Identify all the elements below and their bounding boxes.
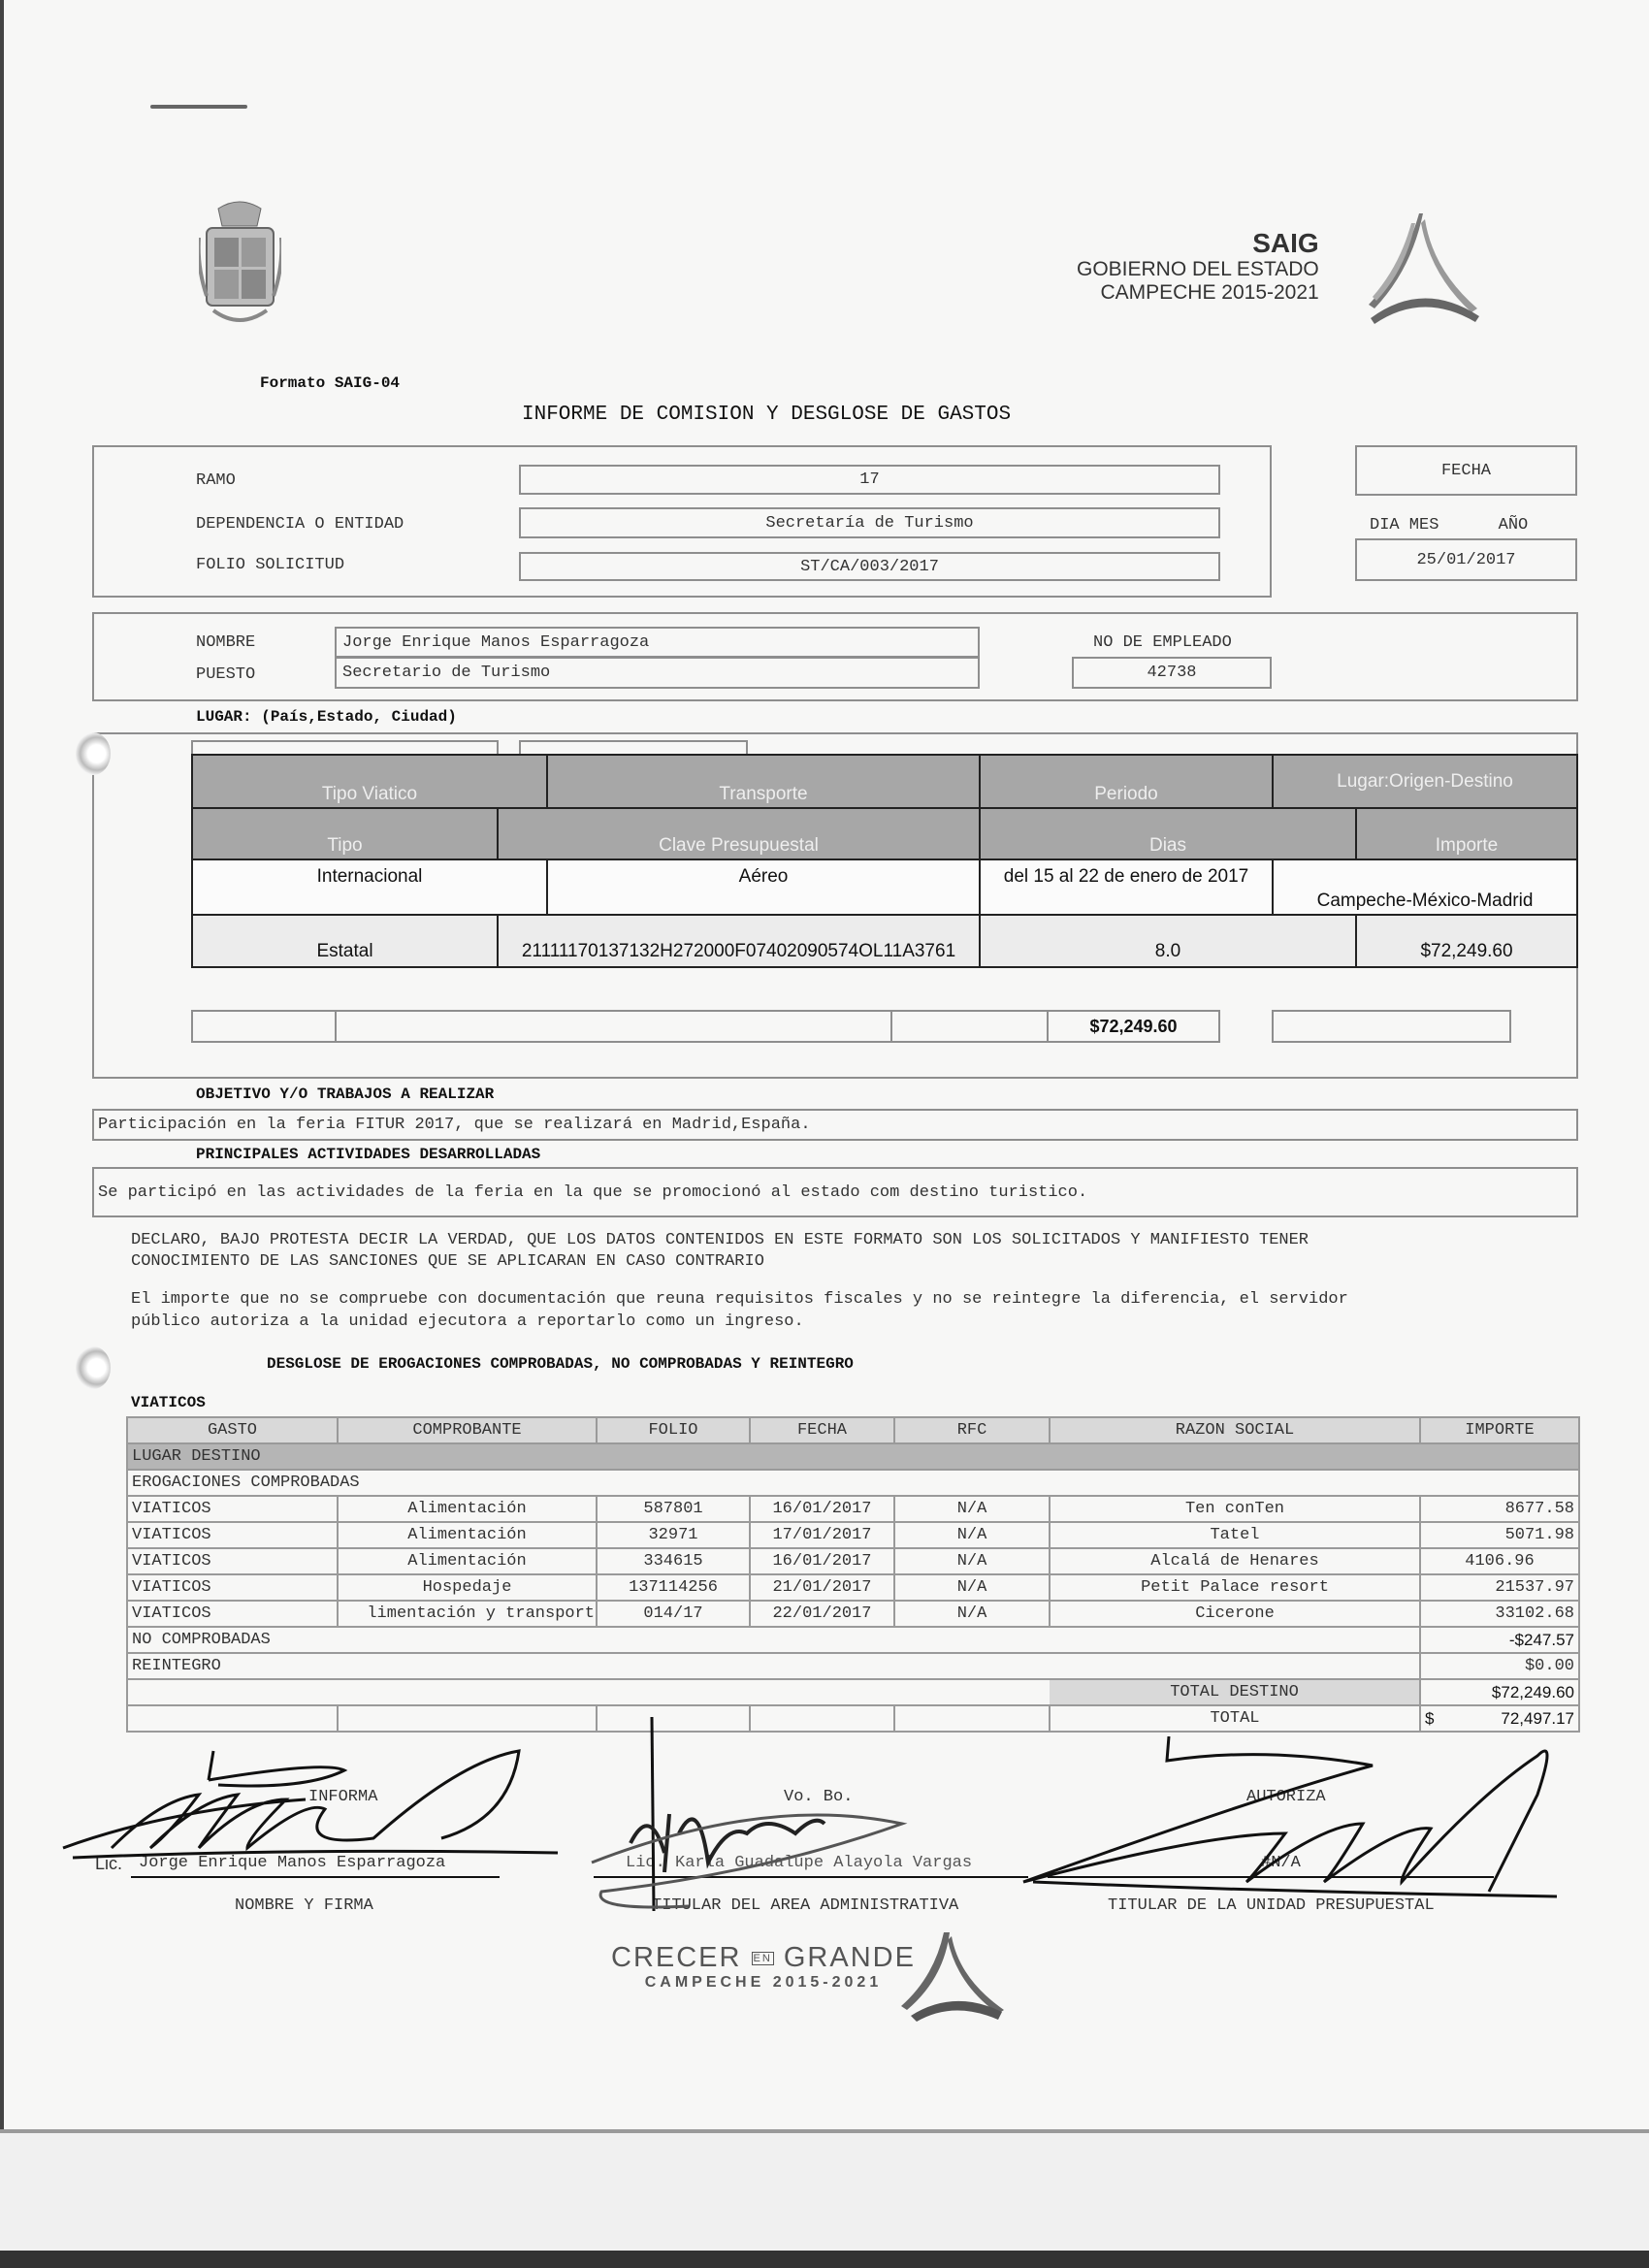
table-header-row: GASTO COMPROBANTE FOLIO FECHA RFC RAZON … [127, 1417, 1579, 1443]
header-dias: Dias [979, 807, 1357, 860]
folio-cell: 014/17 [597, 1601, 750, 1627]
razon-social-cell: Alcalá de Henares [1050, 1548, 1420, 1574]
coat-of-arms-icon [199, 199, 281, 330]
comprobante-cell: limentación y transport [338, 1601, 597, 1627]
header-clave: Clave Presupuestal [497, 807, 981, 860]
comprobante-cell: Alimentación [338, 1522, 597, 1548]
fecha-cell: 16/01/2017 [750, 1496, 894, 1522]
scan-left-edge [0, 0, 4, 2129]
lugar-destino-row: LUGAR DESTINO [127, 1443, 1579, 1470]
actividades-label: PRINCIPALES ACTIVIDADES DESARROLLADAS [196, 1146, 540, 1163]
reintegro-label: REINTEGRO [127, 1653, 1420, 1679]
footer-logo-icon [897, 1930, 1009, 2023]
scanner-bed-area [0, 2129, 1649, 2268]
declaration-line-3: El importe que no se compruebe con docum… [131, 1288, 1348, 1312]
total-destino-value: $72,249.60 [1420, 1679, 1579, 1705]
folio-cell: 32971 [597, 1522, 750, 1548]
razon-social-cell: Ten conTen [1050, 1496, 1420, 1522]
razon-social-cell: Tatel [1050, 1522, 1420, 1548]
tipo-viatico-value: Internacional [191, 859, 548, 916]
total-label: TOTAL [1050, 1705, 1420, 1732]
col-gasto: GASTO [127, 1417, 338, 1443]
col-comprobante: COMPROBANTE [338, 1417, 597, 1443]
objetivo-label: OBJETIVO Y/O TRABAJOS A REALIZAR [196, 1085, 494, 1103]
fecha-cell: 16/01/2017 [750, 1548, 894, 1574]
transporte-value: Aéreo [546, 859, 981, 916]
total-blank-2 [335, 1010, 892, 1043]
clave-presupuestal-value: 21111170137132H272000F07402090574OL11A37… [497, 914, 981, 968]
col-razon-social: RAZON SOCIAL [1050, 1417, 1420, 1443]
importe-value: $72,249.60 [1355, 914, 1578, 968]
total-blank [127, 1705, 338, 1732]
puesto-label: PUESTO [196, 665, 255, 684]
periodo-value: del 15 al 22 de enero de 2017 [979, 859, 1274, 916]
total-destino-row: TOTAL DESTINO $72,249.60 [127, 1679, 1579, 1705]
slogan-part-1: CRECER [611, 1942, 741, 1973]
saig-brand: SAIG GOBIERNO DEL ESTADO CAMPECHE 2015-2… [1077, 229, 1319, 305]
total-blank [338, 1705, 597, 1732]
vobo-signature-icon [572, 1717, 1038, 1911]
no-comprobadas-value: -$247.57 [1420, 1627, 1579, 1653]
comprobante-cell: Alimentación [338, 1496, 597, 1522]
government-line-1: GOBIERNO DEL ESTADO [1077, 258, 1319, 281]
ramo-label: RAMO [196, 471, 236, 490]
total-destino-label: TOTAL DESTINO [1050, 1679, 1420, 1705]
nombre-label: NOMBRE [196, 633, 255, 652]
fecha-field[interactable]: 25/01/2017 [1355, 538, 1577, 581]
fecha-header: FECHA [1355, 445, 1577, 496]
no-empleado-label: NO DE EMPLEADO [1093, 633, 1232, 652]
tipo-value: Estatal [191, 914, 499, 968]
informa-signature-icon [53, 1741, 577, 1867]
folio-cell: 587801 [597, 1496, 750, 1522]
header-periodo: Periodo [979, 754, 1274, 809]
ramo-field[interactable]: 17 [519, 465, 1220, 495]
rfc-cell: N/A [894, 1522, 1050, 1548]
table-row: VIATICOS Alimentación 32971 17/01/2017 N… [127, 1522, 1579, 1548]
header-tipo-viatico: Tipo Viatico [191, 754, 548, 809]
razon-social-cell: Petit Palace resort [1050, 1574, 1420, 1601]
lugar-value: Campeche-México-Madrid [1272, 859, 1578, 916]
table-row: VIATICOS limentación y transport 014/17 … [127, 1601, 1579, 1627]
desglose-title: DESGLOSE DE EROGACIONES COMPROBADAS, NO … [267, 1355, 854, 1373]
slogan-en: EN [752, 1952, 774, 1965]
total-destino-blank [127, 1679, 1050, 1705]
staple-mark [150, 105, 247, 109]
trip-total: $72,249.60 [1047, 1010, 1220, 1043]
viaticos-section-label: VIATICOS [131, 1394, 206, 1411]
reintegro-row: REINTEGRO $0.00 [127, 1653, 1579, 1679]
nombre-field[interactable]: Jorge Enrique Manos Esparragoza [335, 627, 980, 658]
actividades-field[interactable]: Se participó en las actividades de la fe… [92, 1167, 1578, 1217]
col-fecha: FECHA [750, 1417, 894, 1443]
page-title: INFORME DE COMISION Y DESGLOSE DE GASTOS [522, 404, 1011, 426]
gasto-cell: VIATICOS [127, 1601, 338, 1627]
saig-title: SAIG [1077, 229, 1319, 258]
total-value-cell: $ 72,497.17 [1420, 1705, 1579, 1732]
comprobadas-label: EROGACIONES COMPROBADAS [127, 1470, 1579, 1496]
declaration-line-2: CONOCIMIENTO DE LAS SANCIONES QUE SE APL… [131, 1250, 764, 1274]
dias-value: 8.0 [979, 914, 1357, 968]
no-comprobadas-row: NO COMPROBADAS -$247.57 [127, 1627, 1579, 1653]
folio-cell: 137114256 [597, 1574, 750, 1601]
autoriza-signature-icon [1014, 1736, 1567, 1901]
header-tipo: Tipo [191, 807, 499, 860]
header-lugar: Lugar:Origen-Destino [1272, 754, 1578, 809]
rfc-cell: N/A [894, 1601, 1050, 1627]
importe-cell: 33102.68 [1420, 1601, 1579, 1627]
importe-cell: 8677.58 [1420, 1496, 1579, 1522]
fecha-cell: 21/01/2017 [750, 1574, 894, 1601]
lugar-label: LUGAR: (País,Estado, Ciudad) [196, 708, 457, 726]
header-importe: Importe [1355, 807, 1578, 860]
importe-cell: 5071.98 [1420, 1522, 1579, 1548]
table-row: VIATICOS Alimentación 334615 16/01/2017 … [127, 1548, 1579, 1574]
comprobante-cell: Hospedaje [338, 1574, 597, 1601]
col-importe: IMPORTE [1420, 1417, 1579, 1443]
format-code: Formato SAIG-04 [260, 374, 400, 392]
col-rfc: RFC [894, 1417, 1050, 1443]
objetivo-field[interactable]: Participación en la feria FITUR 2017, qu… [92, 1109, 1578, 1141]
total-blank-4 [1272, 1010, 1511, 1043]
informa-signature-line [131, 1876, 500, 1878]
footer-slogan: CRECER EN GRANDE CAMPECHE 2015-2021 [611, 1942, 916, 1992]
government-line-2: CAMPECHE 2015-2021 [1077, 281, 1319, 305]
informa-caption: NOMBRE Y FIRMA [235, 1896, 373, 1915]
viaticos-table: GASTO COMPROBANTE FOLIO FECHA RFC RAZON … [126, 1416, 1580, 1733]
saig-logo-icon [1363, 211, 1484, 328]
folio-solicitud-label: FOLIO SOLICITUD [196, 556, 344, 574]
total-currency: $ [1425, 1709, 1434, 1729]
gasto-cell: VIATICOS [127, 1574, 338, 1601]
no-comprobadas-label: NO COMPROBADAS [127, 1627, 1420, 1653]
total-blank-3 [890, 1010, 1049, 1043]
header-transporte: Transporte [546, 754, 981, 809]
folio-cell: 334615 [597, 1548, 750, 1574]
slogan-sub: CAMPECHE 2015-2021 [611, 1974, 916, 1992]
gasto-cell: VIATICOS [127, 1522, 338, 1548]
lugar-destino-label: LUGAR DESTINO [127, 1443, 1579, 1470]
scanner-edge [0, 2251, 1649, 2268]
folio-solicitud-field[interactable]: ST/CA/003/2017 [519, 552, 1220, 581]
fecha-parts-label: DIA MES AÑO [1370, 516, 1528, 535]
importe-cell: 21537.97 [1420, 1574, 1579, 1601]
total-blank-1 [191, 1010, 337, 1043]
total-value: 72,497.17 [1501, 1709, 1574, 1729]
importe-cell: 4106.96 [1420, 1548, 1579, 1574]
table-row: VIATICOS Hospedaje 137114256 21/01/2017 … [127, 1574, 1579, 1601]
no-empleado-field[interactable]: 42738 [1072, 657, 1272, 689]
declaration-line-4: público autoriza a la unidad ejecutora a… [131, 1311, 804, 1334]
rfc-cell: N/A [894, 1548, 1050, 1574]
comprobante-cell: Alimentación [338, 1548, 597, 1574]
puesto-field[interactable]: Secretario de Turismo [335, 657, 980, 689]
dependencia-label: DEPENDENCIA O ENTIDAD [196, 515, 404, 534]
rfc-cell: N/A [894, 1574, 1050, 1601]
gasto-cell: VIATICOS [127, 1548, 338, 1574]
table-row: VIATICOS Alimentación 587801 16/01/2017 … [127, 1496, 1579, 1522]
declaration-line-1: DECLARO, BAJO PROTESTA DECIR LA VERDAD, … [131, 1229, 1309, 1252]
col-folio: FOLIO [597, 1417, 750, 1443]
dependencia-field[interactable]: Secretaría de Turismo [519, 507, 1220, 538]
punch-hole [76, 732, 111, 775]
razon-social-cell: Cicerone [1050, 1601, 1420, 1627]
gasto-cell: VIATICOS [127, 1496, 338, 1522]
rfc-cell: N/A [894, 1496, 1050, 1522]
reintegro-value: $0.00 [1420, 1653, 1579, 1679]
fecha-cell: 22/01/2017 [750, 1601, 894, 1627]
fecha-cell: 17/01/2017 [750, 1522, 894, 1548]
punch-hole [76, 1346, 111, 1389]
comprobadas-row: EROGACIONES COMPROBADAS [127, 1470, 1579, 1496]
slogan-part-2: GRANDE [784, 1942, 916, 1973]
